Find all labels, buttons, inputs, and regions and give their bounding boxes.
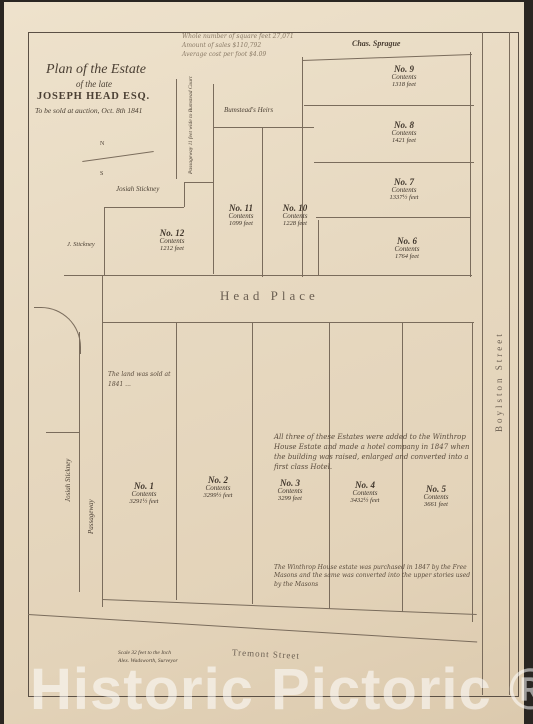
lot-area: 1337½ feet	[376, 195, 432, 202]
title-line1: Plan of the Estate	[46, 62, 146, 78]
parcel-line	[176, 79, 177, 179]
owner-j-stickney: J. Stickney	[67, 241, 95, 248]
parcel-line	[304, 105, 474, 106]
parcel-line	[102, 322, 103, 607]
parcel-line	[302, 57, 303, 277]
note-top-right-2: Amount of sales $110,792	[182, 42, 261, 49]
parcel-line	[104, 207, 105, 275]
lot-area: 3661 feet	[408, 502, 464, 509]
lot-1[interactable]: No. 1 Contents 3291½ feet	[116, 482, 172, 506]
parcel-line	[252, 322, 253, 604]
parcel-line	[46, 432, 80, 433]
map-paper: Plan of the Estate of the late JOSEPH HE…	[4, 2, 524, 724]
parcel-line	[184, 182, 185, 207]
title-line3: JOSEPH HEAD ESQ.	[37, 91, 150, 102]
lot-8[interactable]: No. 8 Contents 1421 feet	[376, 121, 432, 145]
lot-area: 3299 feet	[262, 496, 318, 503]
parcel-line	[318, 220, 319, 275]
passageway-edge	[79, 332, 80, 592]
watermark: Historic Pictoric ®	[30, 656, 533, 723]
note-lot1-side: The land was sold at 1841 ...	[108, 370, 172, 389]
lot-area: 3432½ feet	[336, 498, 394, 505]
owner-josiah-top: Josiah Stickney	[116, 185, 159, 193]
head-place-north-edge	[64, 275, 472, 276]
lot-area: 1764 feet	[379, 254, 435, 261]
street-passageway-top: Passageway 11 feet wide to Bumstead Cour…	[188, 76, 194, 174]
parcel-line	[262, 127, 263, 277]
lot-9[interactable]: No. 9 Contents 1318 feet	[376, 65, 432, 89]
title-line4: To be sold at auction, Oct. 8th 1841	[35, 106, 142, 115]
parcel-line	[214, 127, 314, 128]
parcel-line	[470, 52, 471, 277]
lot-6[interactable]: No. 6 Contents 1764 feet	[379, 237, 435, 261]
parcel-line	[314, 162, 474, 163]
parcel-line	[184, 182, 214, 183]
street-head-place: Head Place	[220, 288, 319, 304]
lot-area: 1421 feet	[376, 138, 432, 145]
lot-5[interactable]: No. 5 Contents 3661 feet	[408, 485, 464, 509]
lot-4[interactable]: No. 4 Contents 3432½ feet	[336, 481, 394, 505]
head-place-west-edge	[102, 275, 103, 322]
owner-sprague: Chas. Sprague	[352, 39, 400, 48]
note-bottom: The Winthrop House estate was purchased …	[274, 564, 474, 589]
lot-11[interactable]: No. 11 Contents 1099 feet	[218, 204, 264, 228]
note-top-right-3: Average cost per foot $4.09	[182, 51, 266, 58]
head-place-south-edge	[102, 322, 474, 323]
owner-josiah-left: Josiah Stickney	[64, 459, 72, 502]
boylston-edge	[482, 32, 483, 695]
compass-s: S	[100, 171, 103, 177]
title-line2: of the late	[76, 79, 112, 89]
lot-area: 1318 feet	[376, 82, 432, 89]
street-passageway-left: Passageway	[87, 499, 95, 534]
lot-area: 3291½ feet	[116, 499, 172, 506]
note-middle: All three of these Estates were added to…	[274, 432, 474, 473]
parcel-line	[316, 217, 471, 218]
parcel-line	[213, 84, 214, 274]
parcel-line	[176, 322, 177, 600]
lot-area: 1099 feet	[218, 221, 264, 228]
compass-n: N	[100, 141, 104, 147]
lot-area: 1228 feet	[268, 221, 322, 228]
lot-12[interactable]: No. 12 Contents 1212 feet	[142, 229, 202, 253]
lot-area: 1212 feet	[142, 246, 202, 253]
owner-bumstead: Bumstead's Heirs	[224, 106, 273, 114]
parcel-line	[104, 207, 184, 208]
boylston-edge	[509, 32, 510, 695]
lot-3[interactable]: No. 3 Contents 3299 feet	[262, 479, 318, 503]
note-top-right-1: Whole number of square feet 27,071	[182, 33, 294, 40]
lot-7[interactable]: No. 7 Contents 1337½ feet	[376, 178, 432, 202]
lot-10[interactable]: No. 10 Contents 1228 feet	[268, 204, 322, 228]
lot-2[interactable]: No. 2 Contents 3299½ feet	[190, 476, 246, 500]
lot-area: 3299½ feet	[190, 493, 246, 500]
street-boylston: Boylston Street	[494, 331, 504, 432]
